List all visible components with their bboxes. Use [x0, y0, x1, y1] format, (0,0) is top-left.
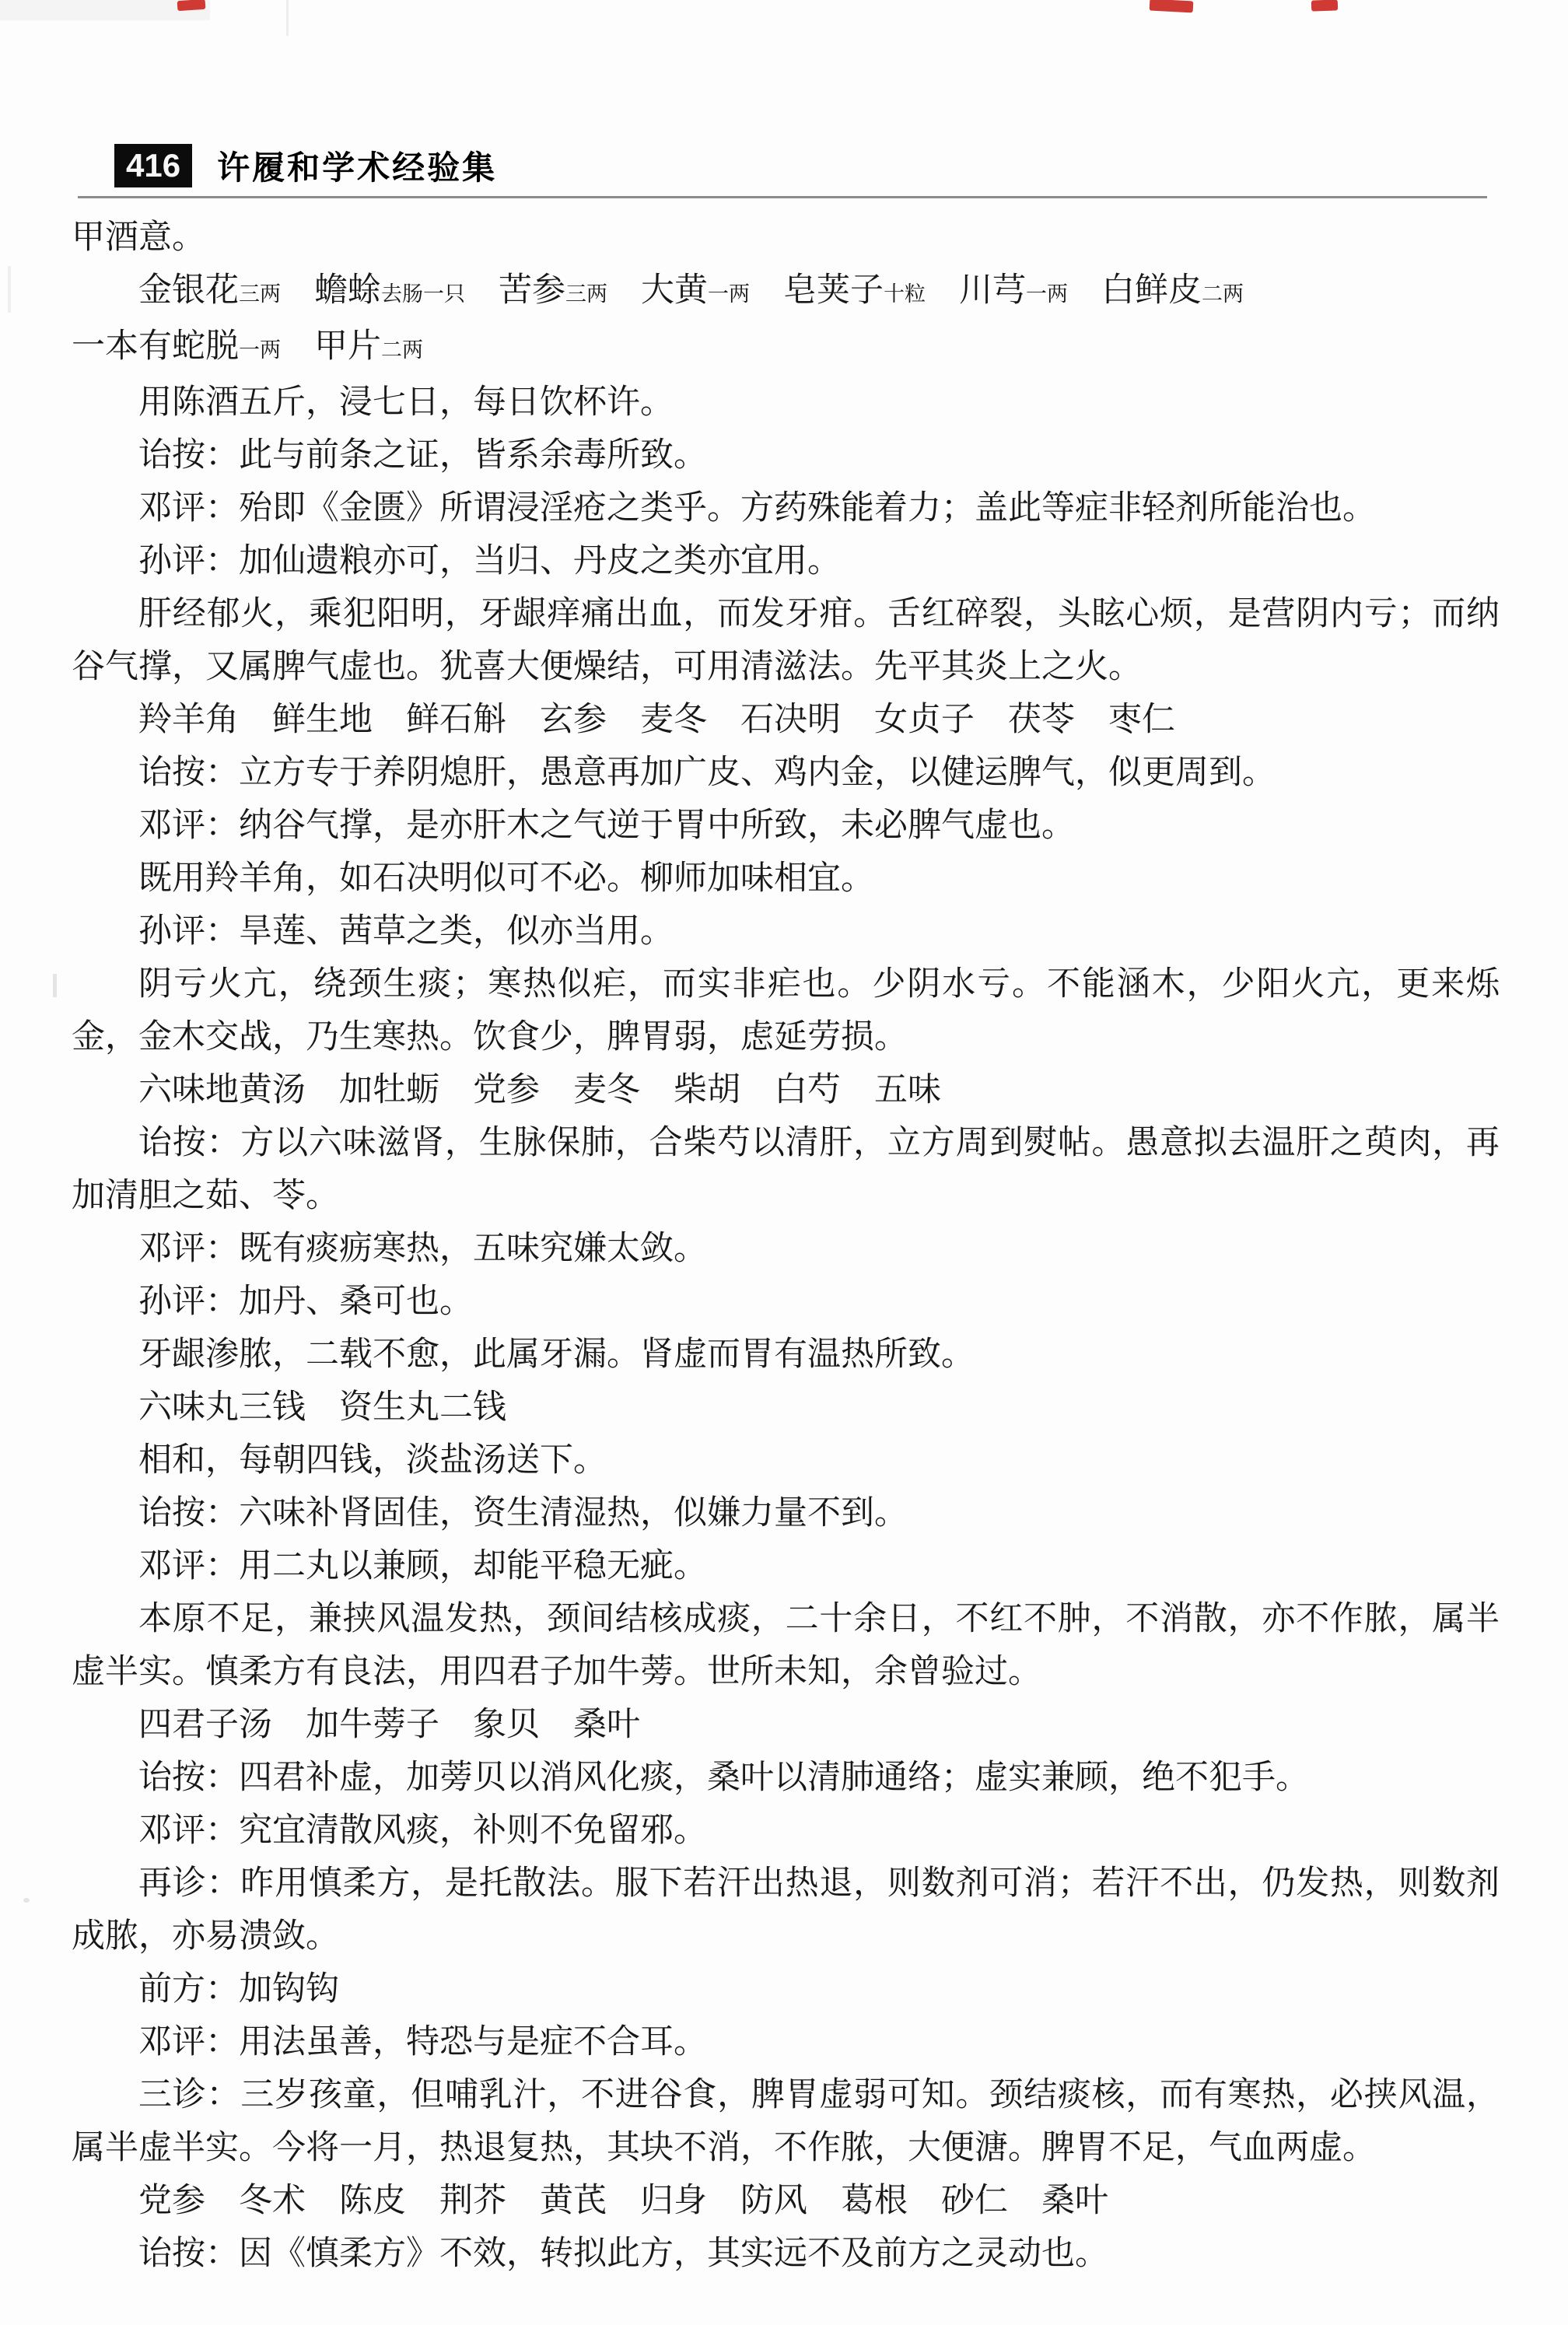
- commentary: 孙评：加仙遗粮亦可，当归、丹皮之类亦宜用。: [72, 535, 1500, 588]
- text-segment: 诒按：此与前条之证，皆系余毒所致。: [138, 437, 707, 474]
- commentary: 孙评：旱莲、茜草之类，似亦当用。: [72, 905, 1500, 958]
- prescription: 金银花三两 蟾蜍去肠一只 苦参三两 大黄一两 皂荚子十粒 川芎一两 白鲜皮二两一…: [72, 264, 1500, 376]
- usage-instruction: 用陈酒五斤，浸七日，每日饮杯许。: [72, 376, 1500, 429]
- text-segment: 邓评：纳谷气撑，是亦肝木之气逆于胃中所致，未必脾气虚也。: [138, 807, 1075, 844]
- commentary: 邓评：纳谷气撑，是亦肝木之气逆于胃中所致，未必脾气虚也。: [72, 800, 1500, 853]
- text-segment: 肝经郁火，乘犯阳明，牙龈痒痛出血，而发牙疳。舌红碎裂，头眩心烦，是营阴内亏；而纳…: [72, 596, 1500, 685]
- prescription: 羚羊角 鲜生地 鲜石斛 玄参 麦冬 石决明 女贞子 茯苓 枣仁: [72, 694, 1500, 747]
- text-segment: 四君子汤 加牛蒡子 象贝 桑叶: [138, 1707, 640, 1743]
- header-rule: [78, 196, 1487, 198]
- text-segment: 诒按：四君补虚，加蒡贝以消风化痰，桑叶以清肺通络；虚实兼顾，绝不犯手。: [138, 1760, 1309, 1796]
- text-segment: 孙评：加丹、桑可也。: [138, 1283, 473, 1320]
- text-segment: 既用羚羊角，如石决明似可不必。柳师加味相宜。: [138, 860, 874, 897]
- commentary: 诒按：因《慎柔方》不效，转拟此方，其实远不及前方之灵动也。: [72, 2228, 1500, 2281]
- text-segment: 孙评：旱莲、茜草之类，似亦当用。: [138, 913, 674, 950]
- red-pen-mark: [1311, 0, 1338, 12]
- page-body: 甲酒意。金银花三两 蟾蜍去肠一只 苦参三两 大黄一两 皂荚子十粒 川芎一两 白鲜…: [72, 212, 1500, 2281]
- dosage-annotation: 一两: [708, 282, 750, 306]
- text-segment: 邓评：殆即《金匮》所谓浸淫疮之类乎。方药殊能着力；盖此等症非轻剂所能治也。: [138, 490, 1376, 527]
- text-segment: 诒按：六味补肾固佳，资生清湿热，似嫌力量不到。: [138, 1495, 908, 1532]
- commentary: 诒按：立方专于养阴熄肝，愚意再加广皮、鸡内金，以健运脾气，似更周到。: [72, 747, 1500, 800]
- text-segment: 用陈酒五斤，浸七日，每日饮杯许。: [138, 384, 674, 421]
- dosage-annotation: 二两: [381, 338, 423, 362]
- text-segment: 邓评：究宜清散风痰，补则不免留邪。: [138, 1812, 707, 1849]
- text-segment: 甲片: [281, 328, 381, 365]
- text-segment: 党参 冬术 陈皮 荆芥 黄芪 归身 防风 葛根 砂仁 桑叶: [138, 2183, 1108, 2219]
- case-record: 本原不足，兼挟风温发热，颈间结核成痰，二十余日，不红不肿，不消散，亦不作脓，属半…: [72, 1593, 1500, 1699]
- commentary: 邓评：用二丸以兼顾，却能平稳无疵。: [72, 1540, 1500, 1593]
- commentary: 邓评：既有痰疬寒热，五味究嫌太敛。: [72, 1223, 1500, 1276]
- text-segment: 白鲜皮: [1068, 272, 1202, 309]
- text-segment: 邓评：用法虽善，特恐与是症不合耳。: [138, 2024, 707, 2061]
- text-segment: 川芎: [926, 272, 1026, 309]
- commentary: 邓评：用法虽善，特恐与是症不合耳。: [72, 2016, 1500, 2069]
- prescription: 六味地黄汤 加牡蛎 党参 麦冬 柴胡 白芍 五味: [72, 1064, 1500, 1117]
- text-segment: 孙评：加仙遗粮亦可，当归、丹皮之类亦宜用。: [138, 543, 841, 579]
- text-segment: 相和，每朝四钱，淡盐汤送下。: [138, 1442, 607, 1479]
- text-segment: 六味丸三钱 资生丸二钱: [138, 1389, 506, 1426]
- red-pen-mark: [1150, 0, 1194, 12]
- text-segment: 前方：加钩钩: [138, 1971, 339, 2008]
- text-segment: 六味地黄汤 加牡蛎 党参 麦冬 柴胡 白芍 五味: [138, 1072, 941, 1108]
- prescription: 党参 冬术 陈皮 荆芥 黄芪 归身 防风 葛根 砂仁 桑叶: [72, 2175, 1500, 2228]
- page-header: 416 许履和学术经验集: [114, 142, 497, 189]
- prescription: 四君子汤 加牛蒡子 象贝 桑叶: [72, 1699, 1500, 1752]
- text-segment: 本原不足，兼挟风温发热，颈间结核成痰，二十余日，不红不肿，不消散，亦不作脓，属半…: [72, 1601, 1500, 1690]
- dosage-annotation: 三两: [239, 282, 281, 306]
- continuation-text: 甲酒意。: [72, 212, 1500, 264]
- text-segment: 苦参: [465, 272, 565, 309]
- case-record: 再诊：昨用慎柔方，是托散法。服下若汗出热退，则数剂可消；若汗不出，仍发热，则数剂…: [72, 1858, 1500, 1963]
- page-number-badge: 416: [114, 144, 192, 187]
- commentary: 诒按：方以六味滋肾，生脉保肺，合柴芍以清肝，立方周到熨帖。愚意拟去温肝之萸肉，再…: [72, 1117, 1500, 1223]
- dosage-annotation: 二两: [1202, 282, 1244, 306]
- text-segment: 诒按：因《慎柔方》不效，转拟此方，其实远不及前方之灵动也。: [138, 2236, 1108, 2272]
- commentary: 诒按：六味补肾固佳，资生清湿热，似嫌力量不到。: [72, 1487, 1500, 1540]
- commentary: 邓评：殆即《金匮》所谓浸淫疮之类乎。方药殊能着力；盖此等症非轻剂所能治也。: [72, 482, 1500, 535]
- text-segment: 皂荚子: [750, 272, 884, 309]
- dosage-annotation: 去肠一只: [381, 282, 465, 306]
- scan-speck: [8, 266, 11, 313]
- commentary: 既用羚羊角，如石决明似可不必。柳师加味相宜。: [72, 853, 1500, 905]
- text-segment: 诒按：方以六味滋肾，生脉保肺，合柴芍以清肝，立方周到熨帖。愚意拟去温肝之萸肉，再…: [72, 1125, 1500, 1214]
- text-segment: 甲酒意。: [72, 219, 205, 256]
- prescription: 六味丸三钱 资生丸二钱: [72, 1381, 1500, 1434]
- dosage-annotation: 十粒: [884, 282, 926, 306]
- scan-speck: [53, 974, 57, 997]
- commentary: 邓评：究宜清散风痰，补则不免留邪。: [72, 1805, 1500, 1858]
- text-segment: 一本有蛇脱: [72, 328, 239, 365]
- scan-artifact-line: [286, 0, 289, 36]
- text-segment: 蟾蜍: [281, 272, 381, 309]
- scan-speck: [23, 1898, 30, 1903]
- red-pen-mark: [177, 0, 206, 11]
- text-segment: 阴亏火亢，绕颈生痰；寒热似疟，而实非疟也。少阴水亏。不能涵木，少阳火亢，更来烁金…: [72, 966, 1500, 1056]
- prescription: 前方：加钩钩: [72, 1963, 1500, 2016]
- case-record: 三诊：三岁孩童，但哺乳汁，不进谷食，脾胃虚弱可知。颈结痰核，而有寒热，必挟风温，…: [72, 2069, 1500, 2175]
- text-segment: 牙龈渗脓，二载不愈，此属牙漏。肾虚而胃有温热所致。: [138, 1336, 975, 1373]
- text-segment: 大黄: [607, 272, 708, 309]
- book-page: 416 许履和学术经验集 甲酒意。金银花三两 蟾蜍去肠一只 苦参三两 大黄一两 …: [0, 0, 1568, 2325]
- usage-instruction: 相和，每朝四钱，淡盐汤送下。: [72, 1434, 1500, 1487]
- text-segment: 再诊：昨用慎柔方，是托散法。服下若汗出热退，则数剂可消；若汗不出，仍发热，则数剂…: [72, 1865, 1500, 1955]
- dosage-annotation: 一两: [239, 338, 281, 362]
- case-record: 牙龈渗脓，二载不愈，此属牙漏。肾虚而胃有温热所致。: [72, 1329, 1500, 1381]
- case-record: 阴亏火亢，绕颈生痰；寒热似疟，而实非疟也。少阴水亏。不能涵木，少阳火亢，更来烁金…: [72, 958, 1500, 1064]
- case-record: 肝经郁火，乘犯阳明，牙龈痒痛出血，而发牙疳。舌红碎裂，头眩心烦，是营阴内亏；而纳…: [72, 588, 1500, 694]
- dosage-annotation: 一两: [1026, 282, 1068, 306]
- text-segment: 邓评：既有痰疬寒热，五味究嫌太敛。: [138, 1231, 707, 1267]
- commentary: 孙评：加丹、桑可也。: [72, 1276, 1500, 1329]
- book-title: 许履和学术经验集: [217, 142, 497, 189]
- text-segment: 金银花: [138, 272, 239, 309]
- commentary: 诒按：四君补虚，加蒡贝以消风化痰，桑叶以清肺通络；虚实兼顾，绝不犯手。: [72, 1752, 1500, 1805]
- text-segment: 诒按：立方专于养阴熄肝，愚意再加广皮、鸡内金，以健运脾气，似更周到。: [138, 755, 1276, 791]
- commentary: 诒按：此与前条之证，皆系余毒所致。: [72, 429, 1500, 482]
- dosage-annotation: 三两: [565, 282, 607, 306]
- text-segment: 三诊：三岁孩童，但哺乳汁，不进谷食，脾胃虚弱可知。颈结痰核，而有寒热，必挟风温，…: [72, 2077, 1500, 2166]
- text-segment: 羚羊角 鲜生地 鲜石斛 玄参 麦冬 石决明 女贞子 茯苓 枣仁: [138, 702, 1175, 738]
- text-segment: 邓评：用二丸以兼顾，却能平稳无疵。: [138, 1548, 707, 1584]
